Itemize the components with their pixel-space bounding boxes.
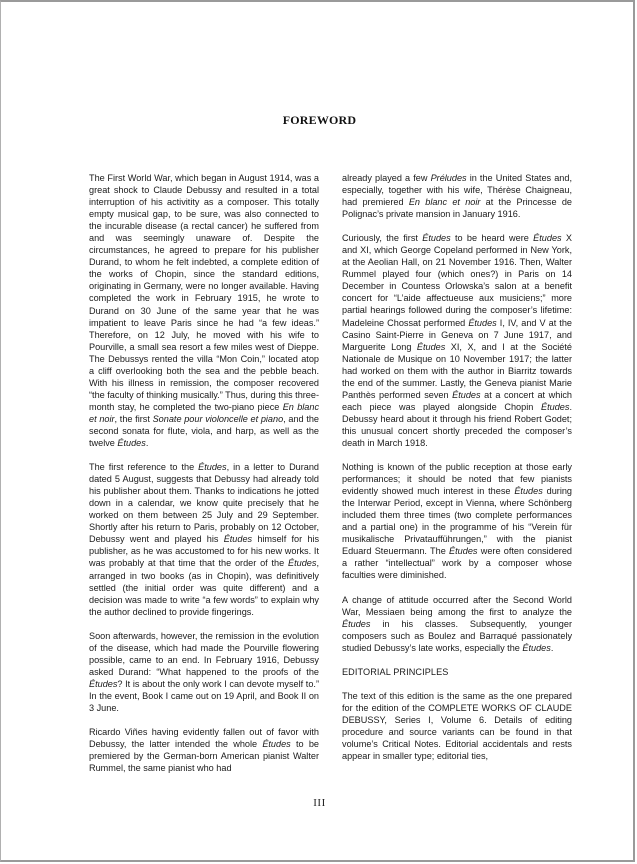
paragraph: already played a few Préludes in the Uni…: [342, 172, 572, 220]
italic-title: Études: [514, 486, 542, 496]
paragraph: A change of attitude occurred after the …: [342, 594, 572, 654]
right-column: already played a few Préludes in the Uni…: [342, 172, 572, 762]
italic-title: Études: [262, 739, 290, 749]
italic-title: Études: [449, 546, 477, 556]
left-column: The First World War, which began in Augu…: [89, 172, 319, 774]
italic-title: Études: [342, 619, 370, 629]
italic-title: Études: [224, 534, 252, 544]
section-heading: EDITORIAL PRINCIPLES: [342, 666, 572, 678]
italic-title: Études: [468, 318, 496, 328]
text-run: already played a few: [342, 173, 431, 183]
italic-title: Études: [89, 679, 117, 689]
text-run: Curiously, the first: [342, 233, 422, 243]
text-run: to be heard were: [451, 233, 534, 243]
paragraph: The First World War, which began in Augu…: [89, 172, 319, 449]
paragraph: Nothing is known of the public reception…: [342, 461, 572, 581]
text-run: X and XI, which George Copeland performe…: [342, 233, 572, 327]
italic-title: Études: [288, 558, 316, 568]
italic-title: Études: [541, 402, 569, 412]
italic-title: Études: [422, 233, 450, 243]
paragraph: Curiously, the first Études to be heard …: [342, 232, 572, 449]
paragraph: The text of this edition is the same as …: [342, 690, 572, 762]
text-run: Soon afterwards, however, the remission …: [89, 631, 319, 677]
text-run: A change of attitude occurred after the …: [342, 595, 572, 617]
italic-title: Études: [533, 233, 561, 243]
italic-title: Sonate pour violoncelle et piano: [153, 414, 284, 424]
text-run: The first reference to the: [89, 462, 198, 472]
italic-title: En blanc et noir: [409, 197, 481, 207]
text-run: ? It is about the only work I can devote…: [89, 679, 319, 713]
paragraph: Soon afterwards, however, the remission …: [89, 630, 319, 714]
text-run: , in a letter to Durand dated 5 August, …: [89, 462, 319, 544]
italic-title: Préludes: [431, 173, 467, 183]
text-run: .: [551, 643, 554, 653]
paragraph: The first reference to the Études, in a …: [89, 461, 319, 618]
text-run: , the first: [115, 414, 153, 424]
italic-title: Études: [198, 462, 226, 472]
page-title: FOREWORD: [1, 113, 637, 128]
italic-title: Études: [522, 643, 550, 653]
italic-title: Études: [117, 438, 145, 448]
italic-title: Études: [417, 342, 445, 352]
text-run: The First World War, which began in Augu…: [89, 173, 319, 412]
text-run: The text of this edition is the same as …: [342, 691, 572, 761]
italic-title: Études: [452, 390, 480, 400]
text-run: .: [146, 438, 149, 448]
page-number: III: [1, 797, 637, 809]
document-page: FOREWORD The First World War, which bega…: [0, 0, 635, 862]
paragraph: Ricardo Viñes having evidently fallen ou…: [89, 726, 319, 774]
